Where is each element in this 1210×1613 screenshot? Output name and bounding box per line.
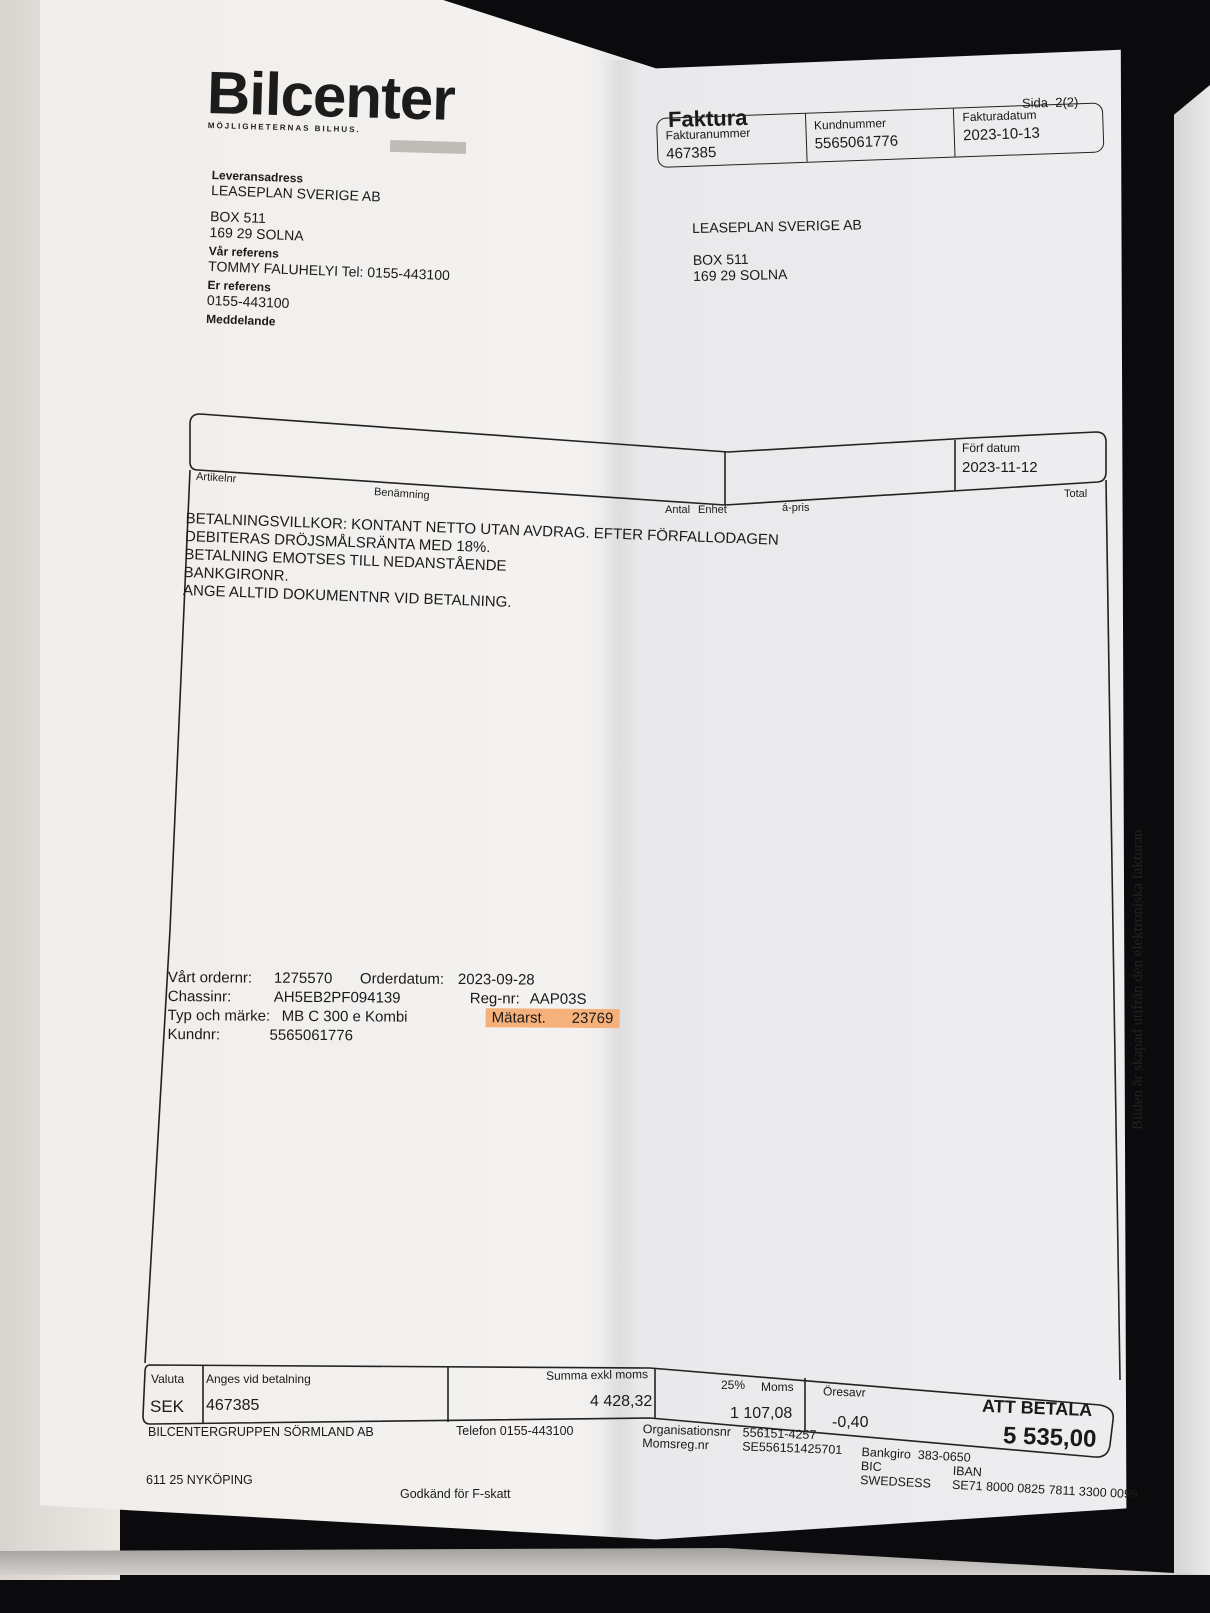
valuta-label: Valuta [151,1372,184,1386]
typ-value: MB C 300 e Kombi [282,1007,486,1027]
telefon-value: 0155-443100 [500,1424,574,1438]
fakturadatum-cell: Fakturadatum 2023-10-13 [954,103,1103,156]
orderdatum-label: Orderdatum: [360,969,458,989]
valuta-value: SEK [150,1397,184,1417]
delivery-block: Leveransadress LEASEPLAN SVERIGE AB BOX … [206,168,454,335]
forf-datum-value: 2023-11-12 [962,459,1038,476]
oresavr-label: Öresavr [823,1384,866,1399]
ordernr-value: 1275570 [274,969,360,989]
footer-fskatt: Godkänd för F-skatt [400,1487,510,1501]
background-paper-right [1174,85,1210,1575]
orderdatum-value: 2023-09-28 [458,970,535,990]
col-total: Total [1064,488,1087,500]
footer-telefon: Telefon 0155-443100 [456,1424,573,1438]
moms-value: 1 107,08 [730,1405,792,1423]
moms-label: Moms [761,1380,794,1394]
att-betala-value: 5 535,00 [1002,1422,1096,1454]
kundnr-value: 5565061776 [269,1026,353,1046]
typ-label: Typ och märke: [168,1006,282,1026]
page-fold [600,60,640,1550]
col-apris: á-pris [782,502,810,514]
summa-exkl-label: Summa exkl moms [546,1367,648,1383]
matarst-label: Mätarst. [492,1008,572,1028]
att-betala-label: ATT BETALA [982,1396,1093,1421]
anges-label: Anges vid betalning [206,1372,311,1386]
regnr-label: Reg-nr: [470,989,530,1008]
anges-value: 467385 [206,1397,259,1415]
chassinr-label: Chassinr: [168,987,274,1007]
side-note: Bilden är skapad utifrån den elektronisk… [1130,829,1147,1130]
forf-datum-label: Förf datum [962,441,1020,455]
chassinr-value: AH5EB2PF094139 [274,988,470,1008]
kundnummer-value: 5565061776 [814,131,946,153]
fakturadatum-value: 2023-10-13 [963,123,1095,145]
fakturanummer-value: 467385 [666,141,798,163]
matarst-value: 23769 [572,1010,614,1027]
order-details: Vårt ordernr: 1275570 Orderdatum: 2023-0… [167,968,619,1047]
kundnummer-label: Kundnummer [814,114,946,133]
fakturadatum-label: Fakturadatum [962,106,1094,125]
regnr-value: AAP03S [530,990,587,1009]
col-enhet: Enhet [698,504,727,516]
logo-ribbon [390,140,466,154]
footer-city: 611 25 NYKÖPING [146,1473,253,1487]
recipient-name: LEASEPLAN SVERIGE AB [692,216,862,236]
footer-company: BILCENTERGRUPPEN SÖRMLAND AB [148,1425,374,1439]
summa-exkl-value: 4 428,32 [590,1393,652,1411]
iban-label: IBAN [952,1464,982,1480]
fakturanummer-label: Fakturanummer [665,124,797,143]
kundnummer-cell: Kundnummer 5565061776 [806,109,956,162]
ordernr-label: Vårt ordernr: [168,968,274,988]
matarst-highlight: Mätarst.23769 [486,1008,620,1028]
fakturanummer-cell: Fakturanummer 467385 [657,114,807,167]
recipient-address: LEASEPLAN SVERIGE AB BOX 511 169 29 SOLN… [692,216,863,284]
telefon-label: Telefon [456,1424,496,1438]
moms-rate: 25% [721,1378,745,1392]
kundnr-label: Kundnr: [167,1025,269,1045]
col-antal: Antal [665,504,690,516]
